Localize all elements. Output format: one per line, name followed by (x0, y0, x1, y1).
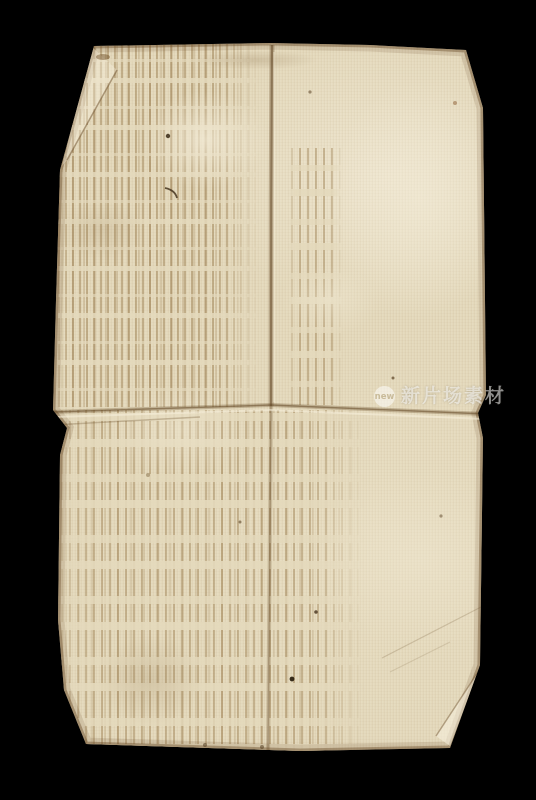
corner-fold-bottom-right (382, 607, 481, 746)
watermark-logo-text: new (375, 392, 395, 402)
stain (453, 101, 457, 105)
stain (260, 745, 264, 749)
stain (314, 610, 318, 614)
stain (392, 377, 395, 380)
photo-background: new 新片场素材 (0, 0, 536, 800)
vertical-fold-crease (268, 45, 274, 750)
stain (166, 134, 170, 138)
stain (308, 90, 311, 93)
hair-mark (165, 188, 177, 198)
stain (239, 521, 242, 524)
corner-fold-top-left (62, 47, 117, 166)
stain (96, 54, 110, 60)
stain (290, 677, 295, 682)
stain (146, 473, 150, 477)
watermark: new 新片场素材 (374, 386, 506, 407)
stain (439, 514, 442, 517)
watermark-logo-icon: new (374, 386, 395, 407)
stain (203, 743, 207, 747)
watermark-text: 新片场素材 (401, 387, 506, 406)
